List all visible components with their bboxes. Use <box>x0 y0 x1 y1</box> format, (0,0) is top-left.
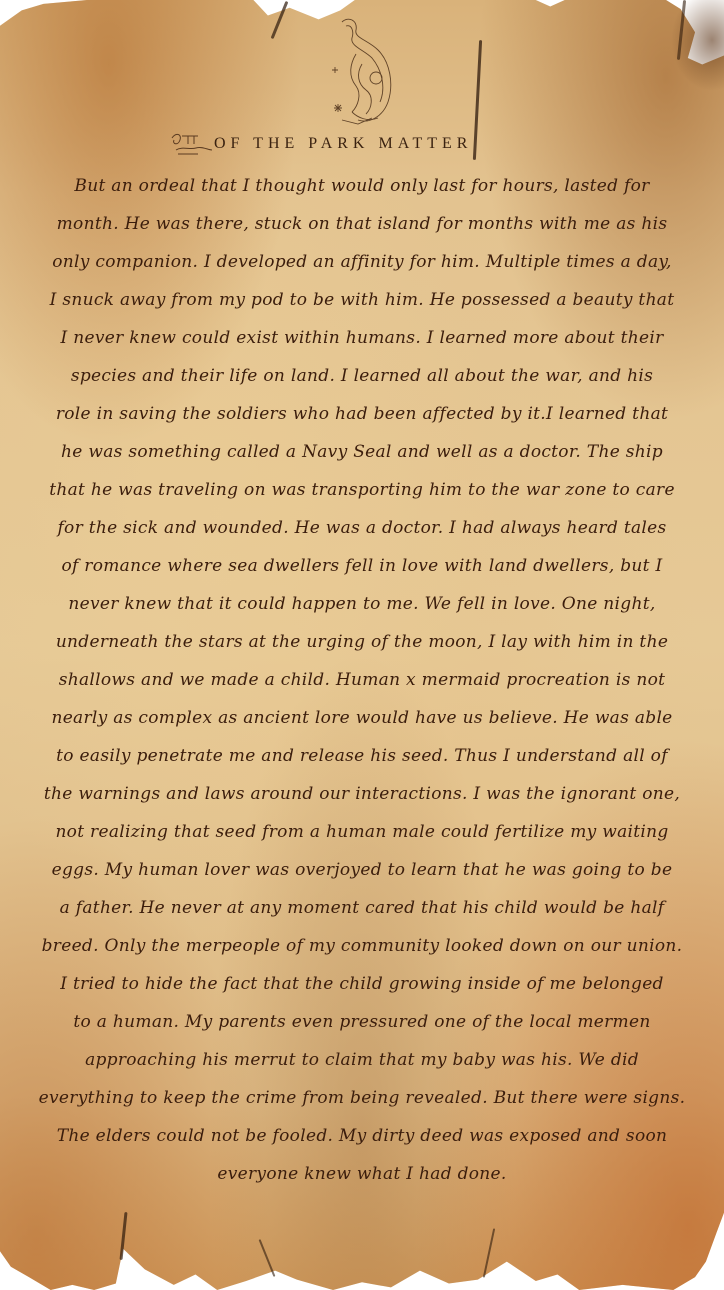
page-title: OF THE PARK MATTER <box>214 135 472 153</box>
text-line: of romance where sea dwellers fell in lo… <box>0 547 724 585</box>
text-line: underneath the stars at the urging of th… <box>0 623 724 661</box>
text-line: everything to keep the crime from being … <box>0 1079 724 1117</box>
title-row: OF THE PARK MATTER <box>168 128 472 160</box>
text-line: the warnings and laws around our interac… <box>0 775 724 813</box>
text-line: never knew that it could happen to me. W… <box>0 585 724 623</box>
text-line: But an ordeal that I thought would only … <box>0 167 724 205</box>
page: OF THE PARK MATTER But an ordeal that I … <box>0 0 724 1290</box>
text-line: eggs. My human lover was overjoyed to le… <box>0 851 724 889</box>
text-line: month. He was there, stuck on that islan… <box>0 205 724 243</box>
text-line: species and their life on land. I learne… <box>0 357 724 395</box>
text-line: approaching his merrut to claim that my … <box>0 1041 724 1079</box>
text-line: everyone knew what I had done. <box>0 1155 724 1193</box>
text-line: I tried to hide the fact that the child … <box>0 965 724 1003</box>
text-line: I never knew could exist within humans. … <box>0 319 724 357</box>
text-line: to easily penetrate me and release his s… <box>0 737 724 775</box>
text-line: a father. He never at any moment cared t… <box>0 889 724 927</box>
burn-mark <box>664 0 724 100</box>
mermaid-emblem-icon <box>328 14 400 134</box>
text-line: only companion. I developed an affinity … <box>0 243 724 281</box>
text-line: that he was traveling on was transportin… <box>0 471 724 509</box>
text-line: he was something called a Navy Seal and … <box>0 433 724 471</box>
text-line: for the sick and wounded. He was a docto… <box>0 509 724 547</box>
text-line: to a human. My parents even pressured on… <box>0 1003 724 1041</box>
text-line: I snuck away from my pod to be with him.… <box>0 281 724 319</box>
story-body: But an ordeal that I thought would only … <box>0 167 724 1193</box>
text-line: The elders could not be fooled. My dirty… <box>0 1117 724 1155</box>
text-line: not realizing that seed from a human mal… <box>0 813 724 851</box>
text-line: role in saving the soldiers who had been… <box>0 395 724 433</box>
text-line: nearly as complex as ancient lore would … <box>0 699 724 737</box>
text-line: breed. Only the merpeople of my communit… <box>0 927 724 965</box>
text-line: shallows and we made a child. Human x me… <box>0 661 724 699</box>
signature-logo-icon <box>168 128 212 160</box>
